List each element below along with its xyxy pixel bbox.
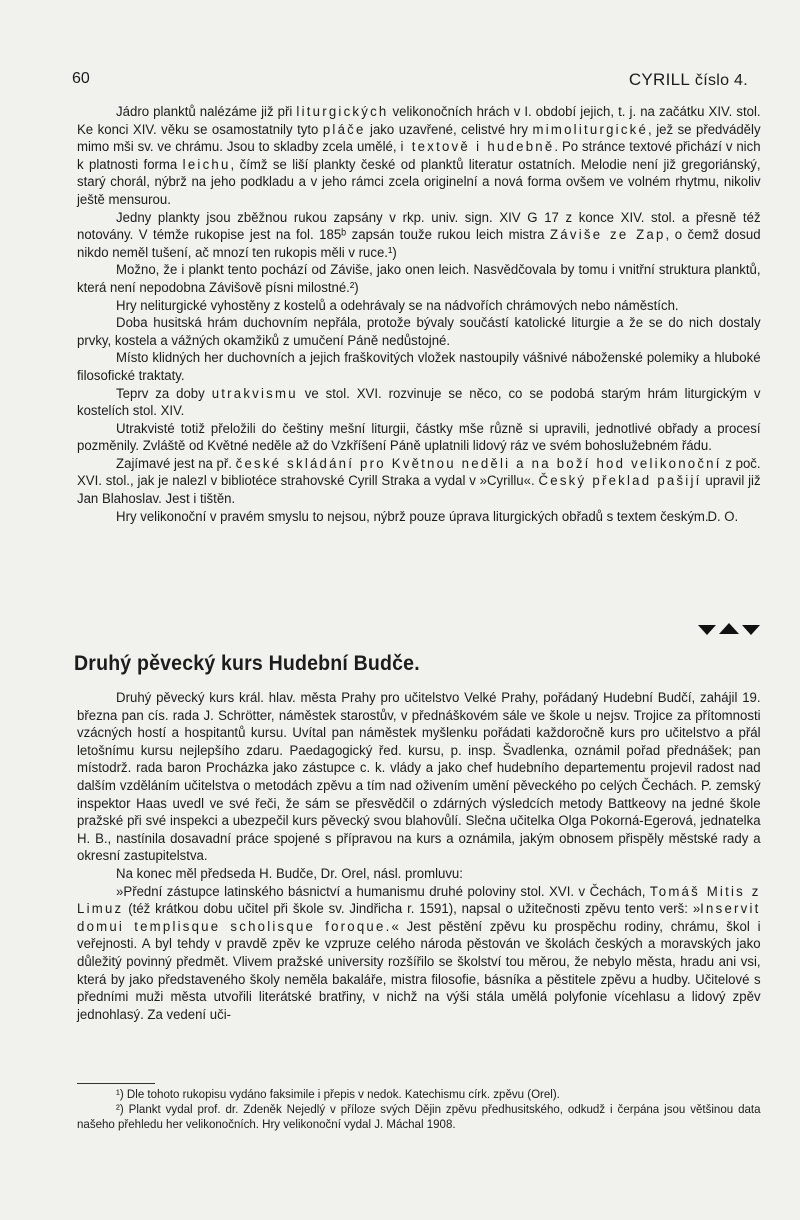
paragraph: Hry velikonoční v pravém smyslu to nejso… xyxy=(77,509,761,527)
spaced-emphasis: Tomáš Mitis z Limuz xyxy=(77,884,761,918)
paragraph: Teprv za doby utrakvismu ve stol. XVI. r… xyxy=(77,386,761,421)
footnotes: ¹) Dle tohoto rukopisu vydáno faksimile … xyxy=(77,1087,761,1132)
paragraph: Hry neliturgické vyhostěny z kostelů a o… xyxy=(77,298,761,316)
spaced-emphasis: české skládání pro Květnou neděli a na b… xyxy=(236,456,722,472)
triangle-down-icon xyxy=(742,625,760,635)
journal-name: CYRILL xyxy=(629,70,690,89)
issue-number: číslo 4. xyxy=(695,72,748,89)
article-body-planktus: Jádro planktů nalézáme již při liturgick… xyxy=(77,104,761,526)
triangle-down-icon xyxy=(698,625,716,635)
paragraph: Jedny plankty jsou zběžnou rukou zapsány… xyxy=(77,210,761,263)
spaced-emphasis: Záviše ze Zap xyxy=(550,227,666,243)
footnote: ¹) Dle tohoto rukopisu vydáno faksimile … xyxy=(77,1087,761,1102)
footnote-rule xyxy=(77,1083,155,1084)
spaced-emphasis: liturgických xyxy=(296,104,388,120)
paragraph: Zajímavé jest na př. české skládání pro … xyxy=(77,456,761,509)
paragraph: Místo klidných her duchovních a jejich f… xyxy=(77,350,761,385)
paragraph: Druhý pěvecký kurs král. hlav. města Pra… xyxy=(77,690,761,866)
spaced-emphasis: mimoliturgické xyxy=(532,122,648,138)
footnote: ²) Plankt vydal prof. dr. Zdeněk Nejedlý… xyxy=(77,1102,761,1132)
running-head: CYRILL číslo 4. xyxy=(629,70,748,90)
spaced-emphasis: Inservit domui templisque scholisque for… xyxy=(77,901,761,935)
triangle-up-icon xyxy=(719,623,739,634)
spaced-emphasis: utrakvismu xyxy=(212,386,298,402)
spaced-emphasis: leichu xyxy=(183,157,231,173)
ornament-divider xyxy=(698,623,762,637)
paragraph: Na konec měl předseda H. Budče, Dr. Orel… xyxy=(77,866,761,884)
spaced-emphasis: pláče xyxy=(323,122,366,138)
document-page: 60 CYRILL číslo 4. Jádro planktů nalézám… xyxy=(0,0,800,1220)
paragraph: Jádro planktů nalézáme již při liturgick… xyxy=(77,104,761,210)
paragraph: Utrakvisté totiž přeložili do češtiny me… xyxy=(77,421,761,456)
article-body-kurs: Druhý pěvecký kurs král. hlav. města Pra… xyxy=(77,690,761,1024)
article-title: Druhý pěvecký kurs Hudební Budče. xyxy=(74,652,420,676)
page-number: 60 xyxy=(72,70,90,88)
paragraph: Možno, že i plankt tento pochází od Závi… xyxy=(77,262,761,297)
paragraph: »Přední zástupce latinského básnictví a … xyxy=(77,884,761,1025)
page-header: 60 CYRILL číslo 4. xyxy=(72,70,748,92)
spaced-emphasis: i textově i hudebně xyxy=(400,139,554,155)
spaced-emphasis: Český překlad pašijí xyxy=(538,473,701,489)
paragraph: Doba husitská hrám duchovním nepřála, pr… xyxy=(77,315,761,350)
